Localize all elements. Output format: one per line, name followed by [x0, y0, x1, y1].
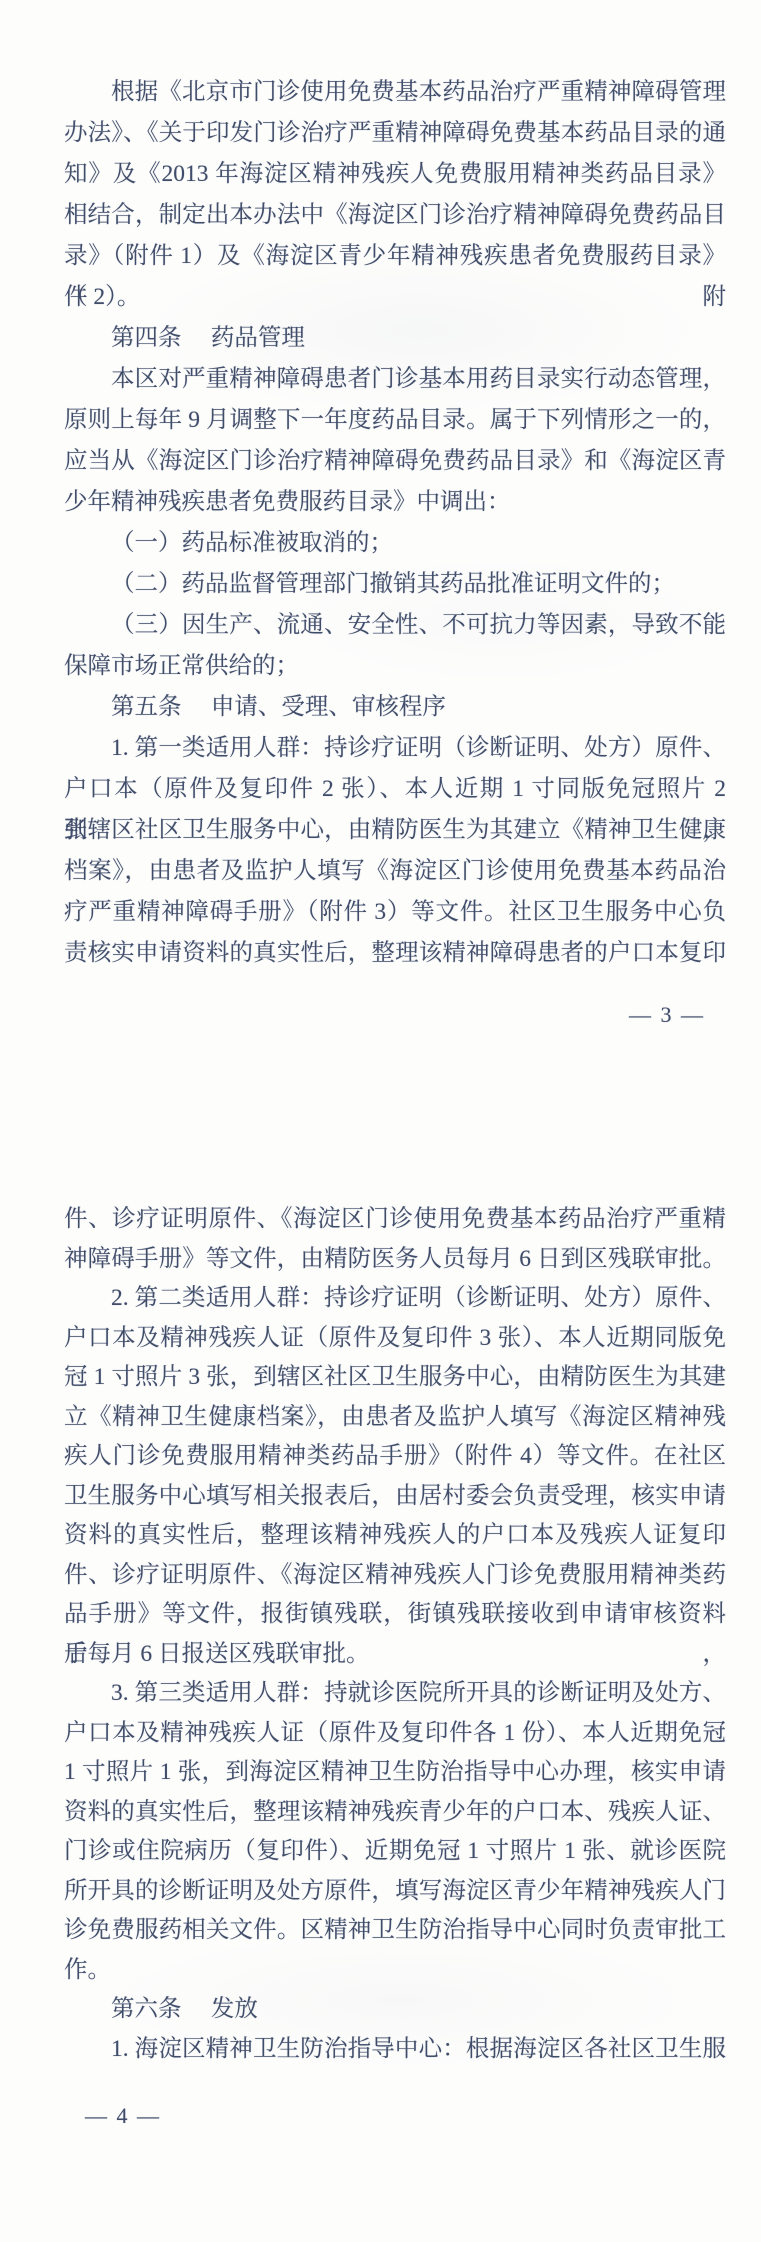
text-line: 1 寸照片 1 张，到海淀区精神卫生防治指导中心办理，核实申请: [64, 1753, 726, 1793]
text-line: 神障碍手册》等文件，由精防医务人员每月 6 日到区残联审批。: [64, 1240, 726, 1280]
text-line: 品手册》等文件，报街镇残联，街镇残联接收到申请审核资料后，: [64, 1595, 726, 1635]
text-line: 本区对严重精神障碍患者门诊基本用药目录实行动态管理，: [64, 359, 726, 400]
page-4-number: — 4 —: [85, 2103, 161, 2129]
text-line: 卫生服务中心填写相关报表后，由居村委会负责受理，核实申请: [64, 1477, 726, 1517]
text-line: 少年精神残疾患者免费服药目录》中调出：: [64, 482, 726, 523]
page-3-number: — 3 —: [629, 1002, 705, 1028]
text-line: 保障市场正常供给的；: [64, 646, 726, 687]
text-line: 冠 1 寸照片 3 张，到辖区社区卫生服务中心，由精防医生为其建: [64, 1358, 726, 1398]
text-line: 立《精神卫生健康档案》，由患者及监护人填写《海淀区精神残: [64, 1398, 726, 1438]
text-line: 录》（附件 1）及《海淀区青少年精神残疾患者免费服药目录》（附: [64, 236, 726, 277]
text-line: 办法》、《关于印发门诊治疗严重精神障碍免费基本药品目录的通: [64, 113, 726, 154]
text-line: 到辖区社区卫生服务中心，由精防医生为其建立《精神卫生健康: [64, 810, 726, 851]
text-line: 3. 第三类适用人群：持就诊医院所开具的诊断证明及处方、: [64, 1674, 726, 1714]
text-line: 所开具的诊断证明及处方原件，填写海淀区青少年精神残疾人门: [64, 1872, 726, 1912]
text-line: 户口本（原件及复印件 2 张）、本人近期 1 寸同版免冠照片 2 张，: [64, 769, 726, 810]
text-line: 资料的真实性后，整理该精神残疾青少年的户口本、残疾人证、: [64, 1793, 726, 1833]
text-line: 第五条 申请、受理、审核程序: [64, 687, 726, 728]
text-line: 档案》，由患者及监护人填写《海淀区门诊使用免费基本药品治: [64, 851, 726, 892]
text-line: 户口本及精神残疾人证（原件及复印件 3 张）、本人近期同版免: [64, 1319, 726, 1359]
text-line: 件、诊疗证明原件、《海淀区精神残疾人门诊免费服用精神类药: [64, 1556, 726, 1596]
page-4-body-text: 件、诊疗证明原件、《海淀区门诊使用免费基本药品治疗严重精神障碍手册》等文件，由精…: [64, 1200, 726, 2069]
text-line: 责核实申请资料的真实性后，整理该精神障碍患者的户口本复印: [64, 933, 726, 974]
text-line: 第四条 药品管理: [64, 318, 726, 359]
text-line: 相结合，制定出本办法中《海淀区门诊治疗精神障碍免费药品目: [64, 195, 726, 236]
text-line: （三）因生产、流通、安全性、不可抗力等因素，导致不能: [64, 605, 726, 646]
page-3-body-text: 根据《北京市门诊使用免费基本药品治疗严重精神障碍管理办法》、《关于印发门诊治疗严…: [64, 72, 726, 974]
text-line: 疾人门诊免费服用精神类药品手册》（附件 4）等文件。在社区: [64, 1437, 726, 1477]
text-line: （二）药品监督管理部门撤销其药品批准证明文件的；: [64, 564, 726, 605]
text-line: 应当从《海淀区门诊治疗精神障碍免费药品目录》和《海淀区青: [64, 441, 726, 482]
text-line: 疗严重精神障碍手册》（附件 3）等文件。社区卫生服务中心负: [64, 892, 726, 933]
text-line: 资料的真实性后，整理该精神残疾人的户口本及残疾人证复印: [64, 1516, 726, 1556]
text-line: 诊免费服药相关文件。区精神卫生防治指导中心同时负责审批工: [64, 1911, 726, 1951]
text-line: 根据《北京市门诊使用免费基本药品治疗严重精神障碍管理: [64, 72, 726, 113]
text-line: 1. 海淀区精神卫生防治指导中心：根据海淀区各社区卫生服: [64, 2030, 726, 2070]
text-line: 户口本及精神残疾人证（原件及复印件各 1 份）、本人近期免冠: [64, 1714, 726, 1754]
text-line: 作。: [64, 1951, 726, 1991]
text-line: 2. 第二类适用人群：持诊疗证明（诊断证明、处方）原件、: [64, 1279, 726, 1319]
text-line: 知》及《2013 年海淀区精神残疾人免费服用精神类药品目录》: [64, 154, 726, 195]
text-line: 1. 第一类适用人群：持诊疗证明（诊断证明、处方）原件、: [64, 728, 726, 769]
text-line: 件、诊疗证明原件、《海淀区门诊使用免费基本药品治疗严重精: [64, 1200, 726, 1240]
text-line: 第六条 发放: [64, 1990, 726, 2030]
text-line: 门诊或住院病历（复印件）、近期免冠 1 寸照片 1 张、就诊医院: [64, 1832, 726, 1872]
text-line: 原则上每年 9 月调整下一年度药品目录。属于下列情形之一的，: [64, 400, 726, 441]
text-line: （一）药品标准被取消的；: [64, 523, 726, 564]
